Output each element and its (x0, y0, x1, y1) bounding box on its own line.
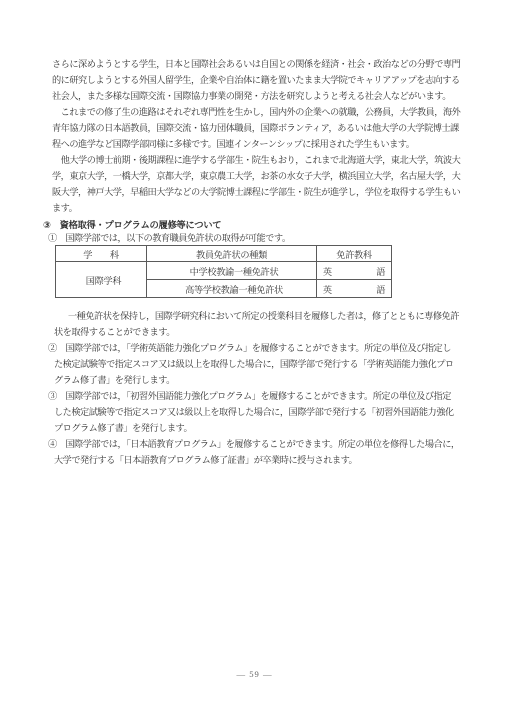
text-line: ます。 (52, 200, 456, 216)
paragraph-doctoral-programs: 他大学の博士前期・後期課程に進学する学部生・院生もおり，これまで北海道大学，東北… (52, 152, 456, 216)
text-line: ③ 国際学部では，「初習外国語能力強化プログラム」を履修することができます。所定… (48, 388, 456, 404)
table-row: 国際学科 中学校教諭一種免許状 英 語 (56, 262, 392, 280)
numbered-item-3: ③ 国際学部では，「初習外国語能力強化プログラム」を履修することができます。所定… (52, 388, 456, 436)
text-line: ④ 国際学部では，「日本語教育プログラム」を履修することができます。所定の単位を… (48, 436, 456, 452)
text-line: 学，東京大学，一橋大学，京都大学，東京農工大学，お茶の水女子大学，横浜国立大学，… (52, 168, 456, 184)
header-cell-subject: 免許教科 (317, 246, 392, 262)
body-text: さらに深めようとする学生，日本と国際社会あるいは自国との関係を経済・社会・政治な… (52, 56, 456, 468)
paragraph-graduate-careers: これまでの修了生の進路はそれぞれ専門性を生かし，国内外の企業への就職，公務員，大… (52, 104, 456, 152)
subject-cell: 英 語 (317, 280, 392, 298)
text-line: さらに深めようとする学生，日本と国際社会あるいは自国との関係を経済・社会・政治な… (52, 56, 456, 72)
text-line: グラム修了書」を発行します。 (54, 372, 456, 388)
text-line: した検定試験等で指定スコア又は級以上を取得した場合に，国際学部で発行する「初習外… (54, 404, 456, 420)
text-line: 青年協力隊の日本語教員，国際交流・協力団体職員，国際ボランティア，あるいは他大学… (52, 120, 456, 136)
text-line: 阪大学，神戸大学，早稲田大学などの大学院博士課程に学部生・院生が進学し，学位を取… (52, 184, 456, 200)
note-license-upgrade: 一種免許状を保持し，国際学研究科において所定の授業科目を履修した者は，修了ととも… (52, 308, 456, 340)
text-line: 一種免許状を保持し，国際学研究科において所定の授業科目を履修した者は，修了ととも… (68, 308, 456, 324)
text-line: プログラム修了書」を発行します。 (54, 420, 456, 436)
text-line: 状を取得することができます。 (54, 324, 456, 340)
header-cell-department: 学 科 (56, 246, 147, 262)
license-type-cell: 中学校教諭一種免許状 (147, 262, 317, 280)
page-number: — 59 — (0, 669, 509, 679)
text-line: 大学で発行する「日本語教育プログラム修了証書」が卒業時に授与されます。 (54, 452, 456, 468)
document-page: さらに深めようとする学生，日本と国際社会あるいは自国との関係を経済・社会・政治な… (0, 0, 509, 720)
numbered-item-1: ① 国際学部では，以下の教育職員免許状の取得が可能です。 (48, 232, 456, 244)
numbered-item-2: ② 国際学部では，「学術英語能力強化プログラム」を履修することができます。所定の… (52, 340, 456, 388)
text-line: ② 国際学部では，「学術英語能力強化プログラム」を履修することができます。所定の… (48, 340, 456, 356)
text-line: た検定試験等で指定スコア又は級以上を取得した場合に，国際学部で発行する「学術英語… (54, 356, 456, 372)
header-cell-license-type: 教員免許状の種類 (147, 246, 317, 262)
license-table: 学 科 教員免許状の種類 免許教科 国際学科 中学校教諭一種免許状 英 語 高等… (55, 245, 392, 298)
table-header-row: 学 科 教員免許状の種類 免許教科 (56, 246, 392, 262)
text-line: 他大学の博士前期・後期課程に進学する学部生・院生もおり，これまで北海道大学，東北… (52, 152, 456, 168)
text-line: 程への進学など国際学部同様に多様です。国連インターンシップに採用された学生もいま… (52, 136, 456, 152)
numbered-item-4: ④ 国際学部では，「日本語教育プログラム」を履修することができます。所定の単位を… (52, 436, 456, 468)
text-line: これまでの修了生の進路はそれぞれ専門性を生かし，国内外の企業への就職，公務員，大… (52, 104, 456, 120)
text-line: 社会人，また多様な国際交流・国際協力事業の開発・方法を研究しようと考える社会人な… (52, 88, 456, 104)
section-heading: ③ 資格取得・プログラムの履修等について (43, 219, 456, 232)
license-type-cell: 高等学校教諭一種免許状 (147, 280, 317, 298)
subject-cell: 英 語 (317, 262, 392, 280)
text-line: 的に研究しようとする外国人留学生，企業や自治体に籍を置いたまま大学院でキャリアア… (52, 72, 456, 88)
paragraph-students: さらに深めようとする学生，日本と国際社会あるいは自国との関係を経済・社会・政治な… (52, 56, 456, 104)
department-cell: 国際学科 (56, 262, 147, 298)
